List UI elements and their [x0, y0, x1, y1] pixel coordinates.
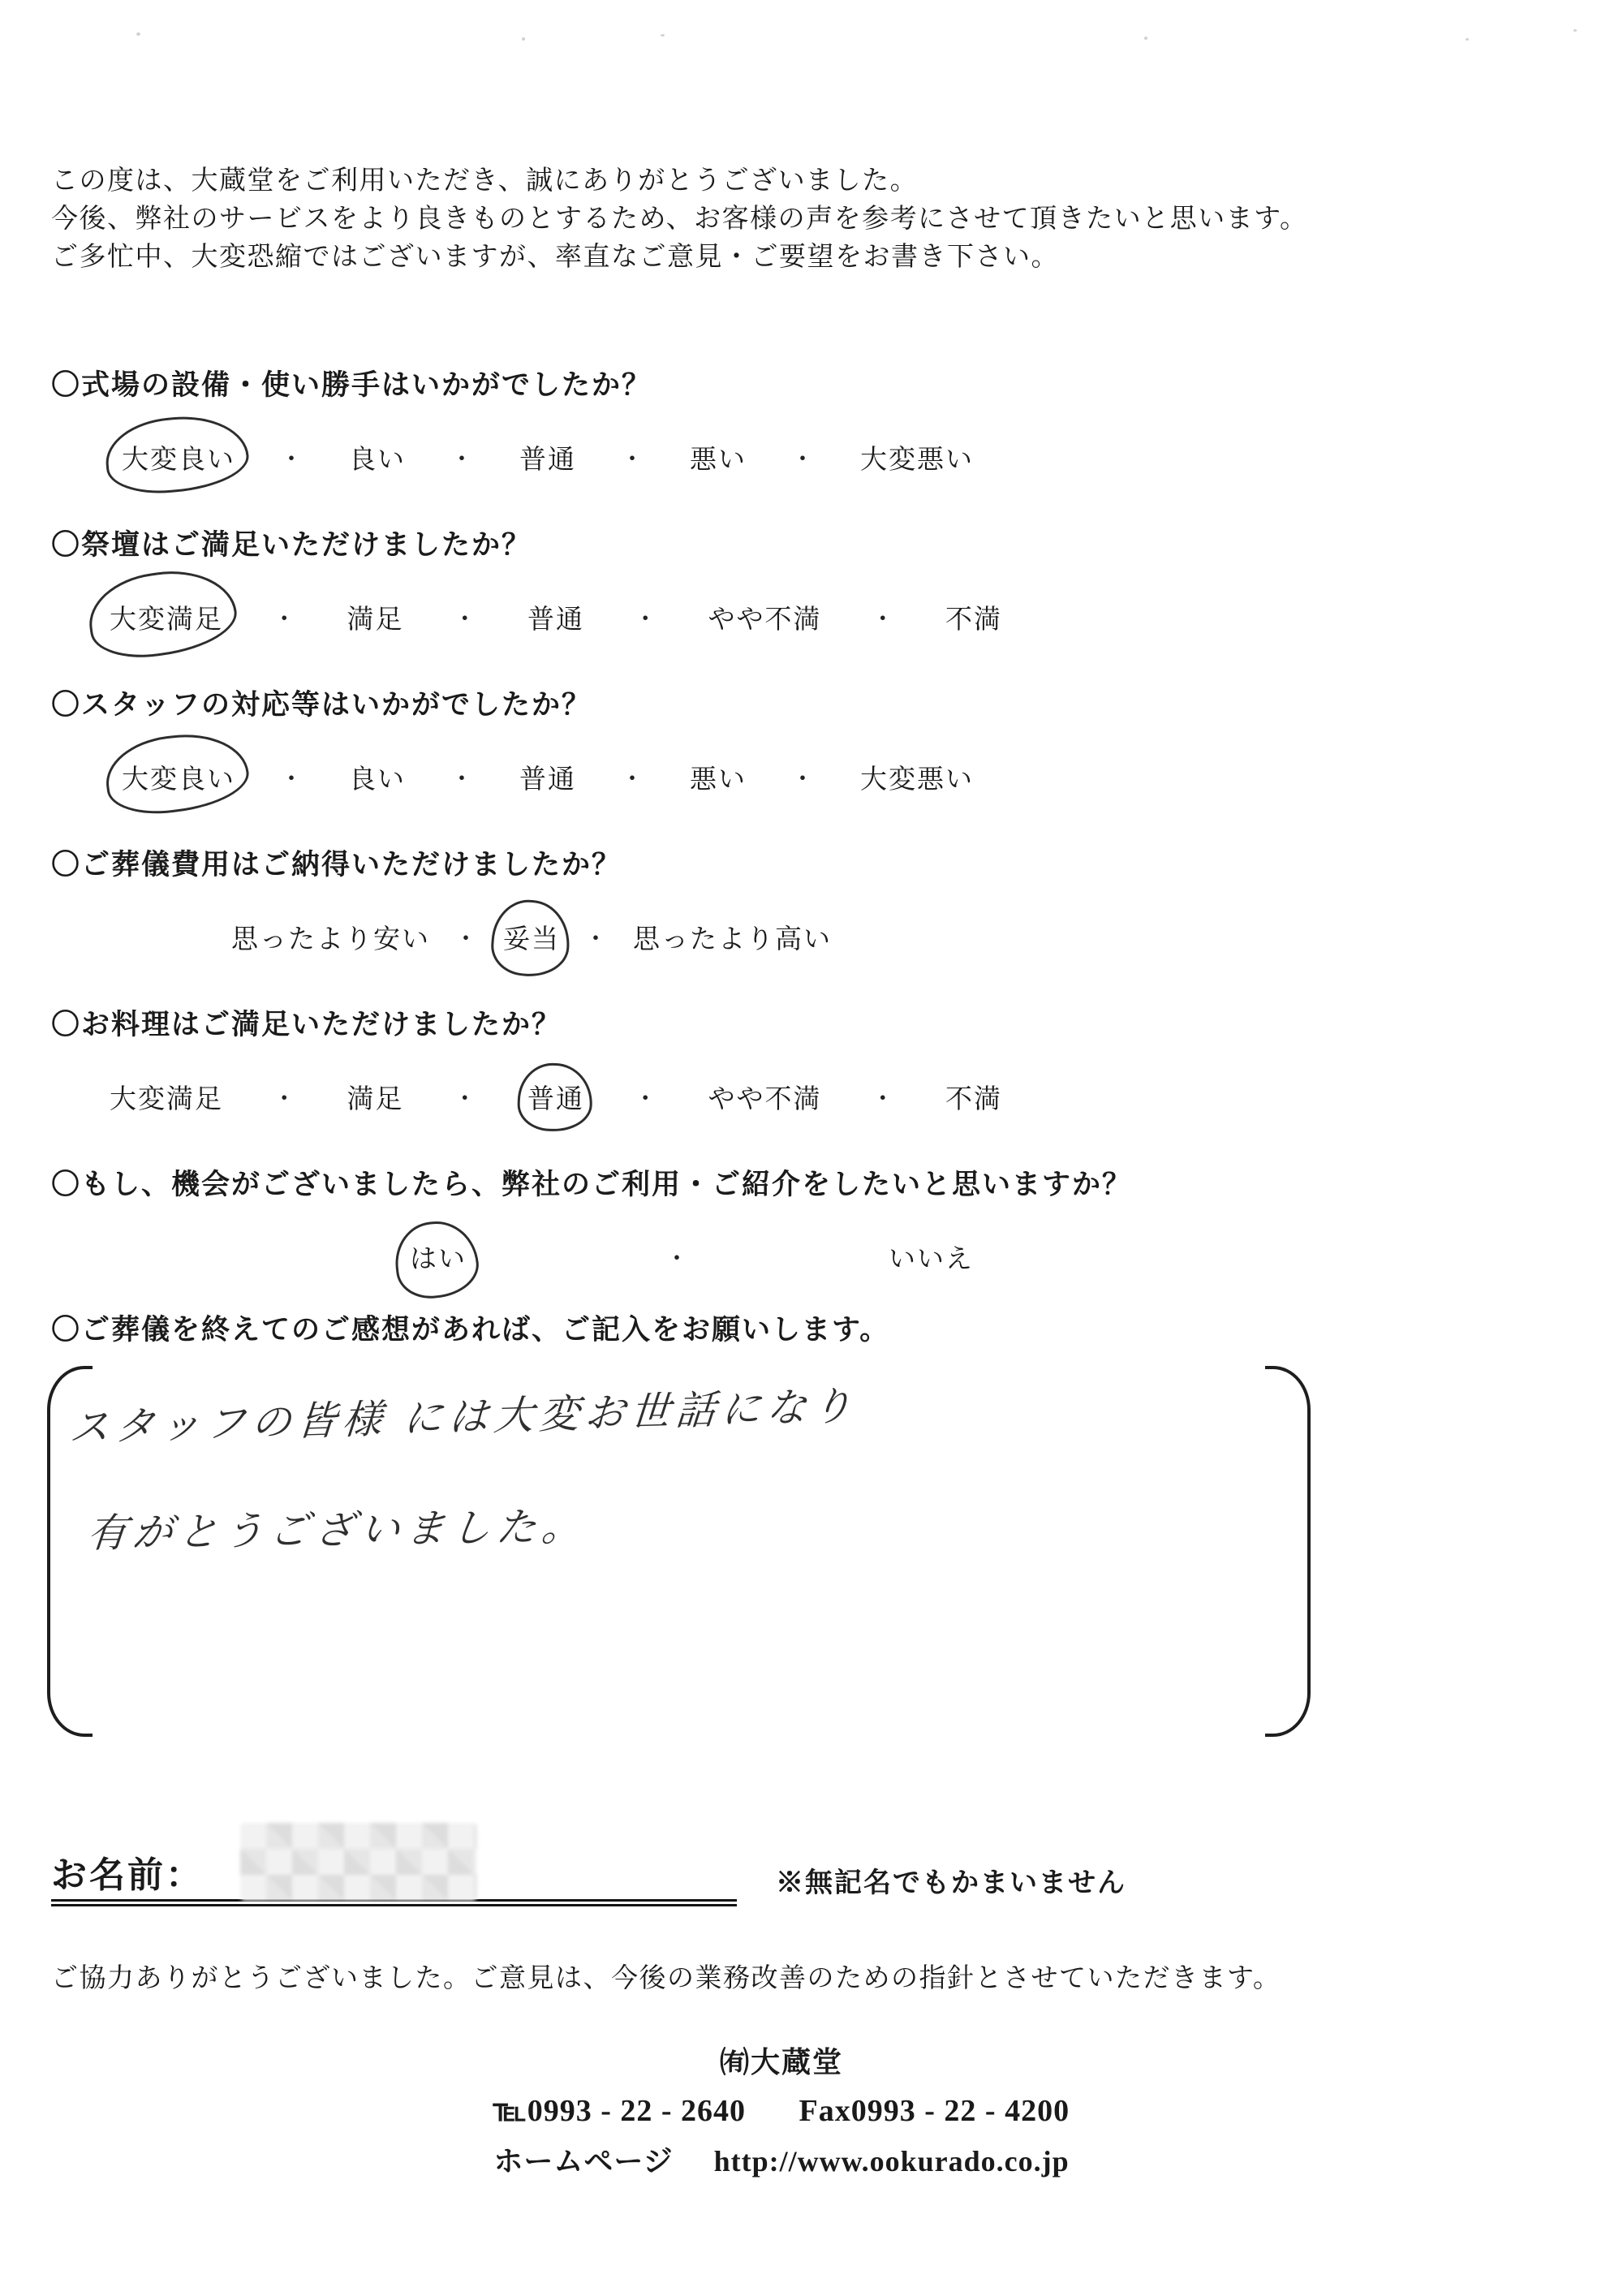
option-normal: 普通: [527, 601, 584, 639]
options-row: 思ったより安い ・ 妥当 ・ 思ったより高い: [231, 921, 832, 958]
separator-dot: ・: [633, 601, 659, 639]
footer: ㈲大蔵堂 ℡0993 - 22 - 2640 Fax0993 - 22 - 42…: [51, 2040, 1512, 2180]
question-venue: 〇式場の設備・使い勝手はいかがでしたか？ 大変良い ・ 良い ・ 普通 ・ 悪い…: [51, 366, 1572, 479]
separator-dot: ・: [272, 601, 298, 639]
homepage-label: ホームページ: [493, 2145, 673, 2178]
tel-number: ℡0993 - 22 - 2640: [493, 2094, 746, 2128]
anonymous-note: ※無記名でもかまいません: [776, 1860, 1126, 1906]
separator-dot: ・: [790, 761, 816, 799]
comment-area: スタッフの皆様 には大変お世話になり 有がとうございました。: [47, 1366, 1311, 1735]
option-very-bad: 大変悪い: [860, 761, 974, 799]
option-normal: 普通: [519, 442, 576, 479]
options-row: 大変良い ・ 良い ・ 普通 ・ 悪い ・ 大変悪い: [122, 761, 974, 799]
question-label: 〇祭壇はご満足いただけましたか？: [51, 526, 1572, 565]
homepage-line: ホームページ http://www.ookurado.co.jp: [51, 2139, 1512, 2180]
question-staff: 〇スタッフの対応等はいかがでしたか？ 大変良い ・ 良い ・ 普通 ・ 悪い ・…: [51, 686, 1572, 799]
options-row: 大変満足 ・ 満足 ・ 普通 ・ やや不満 ・ 不満: [110, 601, 1002, 639]
comment-section: 〇ご葬儀を終えてのご感想があれば、ご記入をお願いします。 スタッフの皆様 には大…: [51, 1311, 1572, 1735]
option-bad: 悪い: [690, 442, 747, 479]
option-normal: 普通: [527, 1081, 584, 1118]
separator-dot: ・: [665, 1241, 691, 1278]
scan-speck: [1466, 38, 1469, 41]
question-label: 〇もし、機会がございましたら、弊社のご利用・ご紹介をしたいと思いますか？: [51, 1165, 1572, 1204]
comment-label: 〇ご葬儀を終えてのご感想があれば、ご記入をお願いします。: [51, 1311, 1572, 1350]
comment-bracket-right: [1265, 1366, 1311, 1737]
separator-dot: ・: [272, 1081, 298, 1118]
separator-dot: ・: [453, 1081, 479, 1118]
option-more-expensive-than-expected: 思ったより高い: [633, 921, 832, 958]
closing-note: ご協力ありがとうございました。ご意見は、今後の業務改善のための指針とさせていただ…: [51, 1957, 1572, 1995]
option-no: いいえ: [889, 1241, 974, 1278]
option-good: 良い: [349, 761, 406, 799]
option-good: 良い: [349, 442, 406, 479]
separator-dot: ・: [279, 442, 305, 479]
handwritten-comment-line: 有がとうございました。: [85, 1495, 590, 1559]
separator-dot: ・: [450, 761, 476, 799]
question-recommend: 〇もし、機会がございましたら、弊社のご利用・ご紹介をしたいと思いますか？ はい …: [51, 1165, 1572, 1278]
option-somewhat-dissatisfied: やや不満: [708, 1081, 822, 1118]
separator-dot: ・: [790, 442, 816, 479]
intro-line: この度は、大蔵堂をご利用いただき、誠にありがとうございました。: [51, 162, 1572, 200]
intro-line: 今後、弊社のサービスをより良きものとするため、お客様の声を参考にさせて頂きたいと…: [51, 200, 1572, 239]
separator-dot: ・: [453, 601, 479, 639]
option-somewhat-dissatisfied: やや不満: [708, 601, 822, 639]
separator-dot: ・: [279, 761, 305, 799]
name-row: お名前： ※無記名でもかまいません: [51, 1823, 1572, 1906]
handwritten-comment-line: スタッフの皆様 には大変お世話になり: [67, 1375, 859, 1454]
scan-speck: [136, 32, 140, 36]
option-dissatisfied: 不満: [945, 1081, 1002, 1118]
intro-line: ご多忙中、大変恐縮ではございますが、率直なご意見・ご要望をお書き下さい。: [51, 239, 1572, 277]
separator-dot: ・: [450, 442, 476, 479]
option-very-satisfied: 大変満足: [110, 1081, 223, 1118]
options-row: はい ・ いいえ: [410, 1241, 974, 1278]
scan-speck: [1144, 37, 1147, 40]
option-yes: はい: [410, 1241, 467, 1278]
option-satisfied: 満足: [347, 601, 404, 639]
question-food: 〇お料理はご満足いただけましたか？ 大変満足 ・ 満足 ・ 普通 ・ やや不満 …: [51, 1006, 1572, 1118]
survey-page: この度は、大蔵堂をご利用いただき、誠にありがとうございました。 今後、弊社のサー…: [0, 0, 1572, 2180]
option-cheaper-than-expected: 思ったより安い: [231, 921, 430, 958]
option-bad: 悪い: [690, 761, 747, 799]
question-label: 〇式場の設備・使い勝手はいかがでしたか？: [51, 366, 1572, 405]
options-row: 大変良い ・ 良い ・ 普通 ・ 悪い ・ 大変悪い: [122, 442, 974, 479]
question-label: 〇ご葬儀費用はご納得いただけましたか？: [51, 846, 1572, 885]
separator-dot: ・: [583, 921, 609, 958]
separator-dot: ・: [633, 1081, 659, 1118]
option-normal: 普通: [519, 761, 576, 799]
name-label: お名前：: [51, 1854, 204, 1898]
question-label: 〇お料理はご満足いただけましたか？: [51, 1006, 1572, 1045]
fax-number: Fax0993 - 22 - 4200: [799, 2094, 1070, 2128]
options-row: 大変満足 ・ 満足 ・ 普通 ・ やや不満 ・ 不満: [110, 1081, 1002, 1118]
option-satisfied: 満足: [347, 1081, 404, 1118]
question-cost: 〇ご葬儀費用はご納得いただけましたか？ 思ったより安い ・ 妥当 ・ 思ったより…: [51, 846, 1572, 958]
scan-speck: [522, 37, 525, 41]
option-very-good: 大変良い: [122, 442, 235, 479]
option-dissatisfied: 不満: [945, 601, 1002, 639]
separator-dot: ・: [620, 442, 646, 479]
option-reasonable: 妥当: [503, 921, 560, 958]
question-label: 〇スタッフの対応等はいかがでしたか？: [51, 686, 1572, 725]
name-redacted: [240, 1823, 477, 1901]
name-underline: お名前：: [51, 1823, 737, 1906]
separator-dot: ・: [454, 921, 480, 958]
tel-fax-line: ℡0993 - 22 - 2640 Fax0993 - 22 - 4200: [51, 2092, 1512, 2129]
question-altar: 〇祭壇はご満足いただけましたか？ 大変満足 ・ 満足 ・ 普通 ・ やや不満 ・…: [51, 526, 1572, 639]
scan-speck: [1573, 29, 1577, 32]
option-very-satisfied: 大変満足: [110, 601, 223, 639]
option-very-bad: 大変悪い: [860, 442, 974, 479]
option-very-good: 大変良い: [122, 761, 235, 799]
company-name: ㈲大蔵堂: [51, 2040, 1512, 2081]
separator-dot: ・: [620, 761, 646, 799]
homepage-url: http://www.ookurado.co.jp: [714, 2145, 1070, 2178]
intro-paragraph: この度は、大蔵堂をご利用いただき、誠にありがとうございました。 今後、弊社のサー…: [51, 162, 1572, 277]
scan-speck: [661, 34, 665, 37]
separator-dot: ・: [871, 1081, 897, 1118]
separator-dot: ・: [871, 601, 897, 639]
